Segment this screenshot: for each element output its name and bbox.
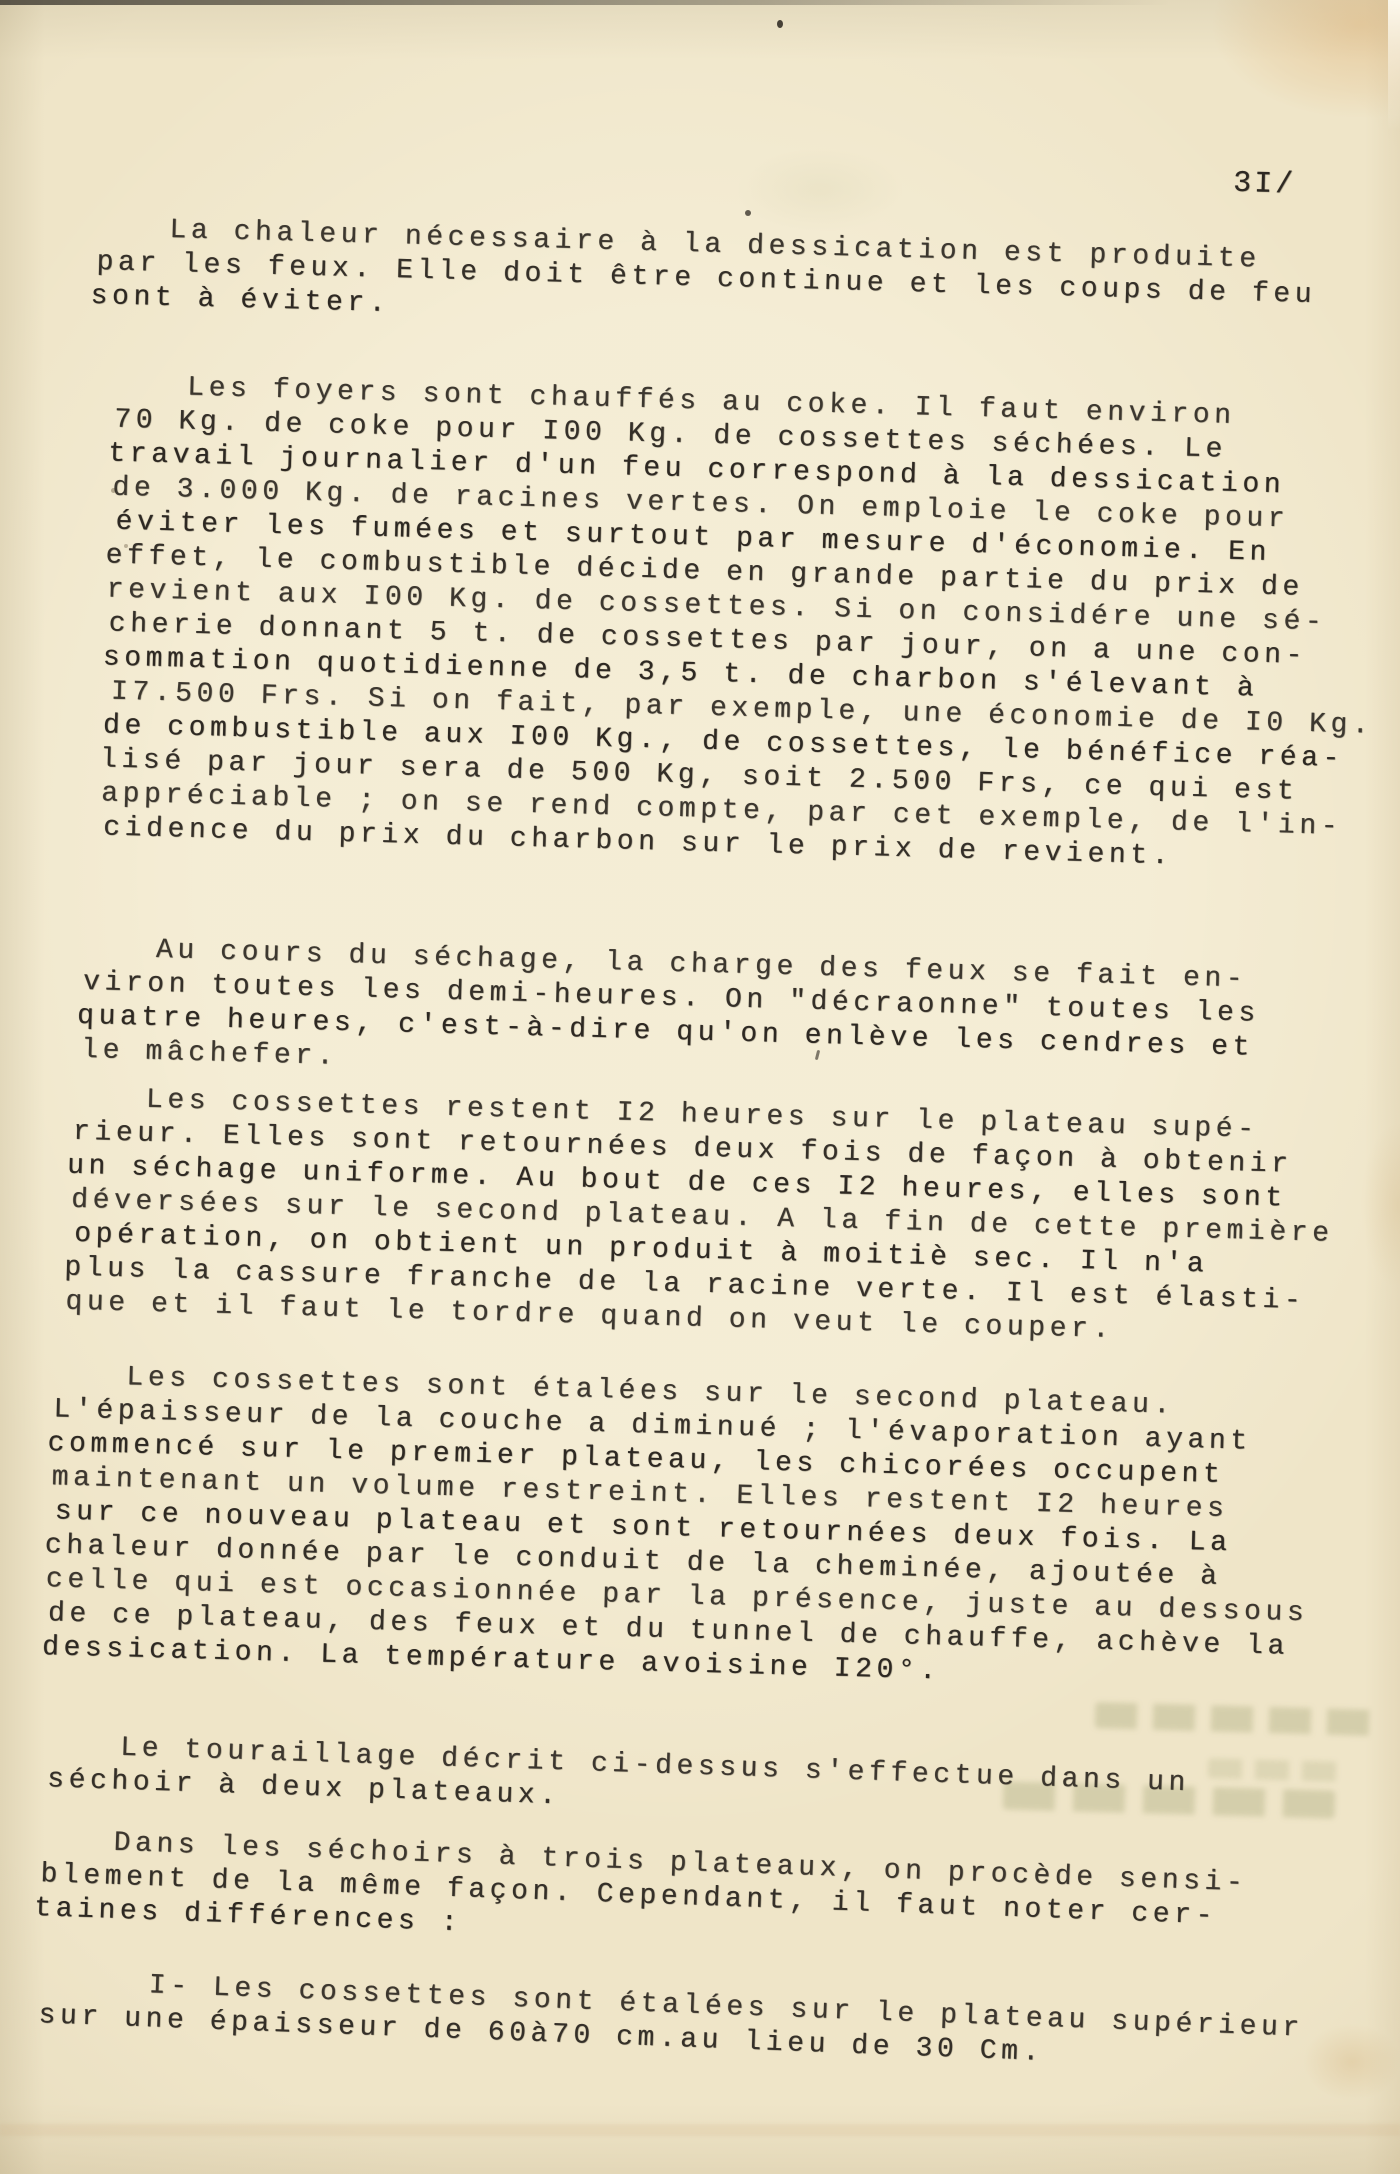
paragraph-kilning: Le touraillage décrit ci-dessus s'effect… — [44, 1729, 1374, 1841]
paragraph-coke-consumption: Les foyers sont chauffés au coke. Il fau… — [100, 370, 1400, 881]
paragraph-fire-charging: Au cours du séchage, la charge des feux … — [78, 932, 1395, 1103]
scan-right-edge-highlight — [1388, 0, 1400, 130]
typed-text-block: 3I/ La chaleur nécessaire à la dessicati… — [46, 212, 1400, 2069]
paragraph-three-tray-dryers: Dans les séchoirs à trois plateaux, on p… — [36, 1824, 1371, 1974]
paragraph-upper-tray: Les cossettes restent I2 heures sur le p… — [65, 1082, 1391, 1356]
page-number: 3I/ — [1233, 167, 1297, 203]
scan-band-artifact — [0, 2124, 1400, 2136]
scan-top-edge — [0, 0, 1170, 5]
paragraph-second-tray: Les cossettes sont étalées sur le second… — [44, 1359, 1384, 1701]
ink-speck — [745, 210, 751, 216]
ink-speck — [777, 20, 783, 28]
scanned-document-page: { "doc": { "page_number": "3I/", "langua… — [0, 0, 1400, 2174]
